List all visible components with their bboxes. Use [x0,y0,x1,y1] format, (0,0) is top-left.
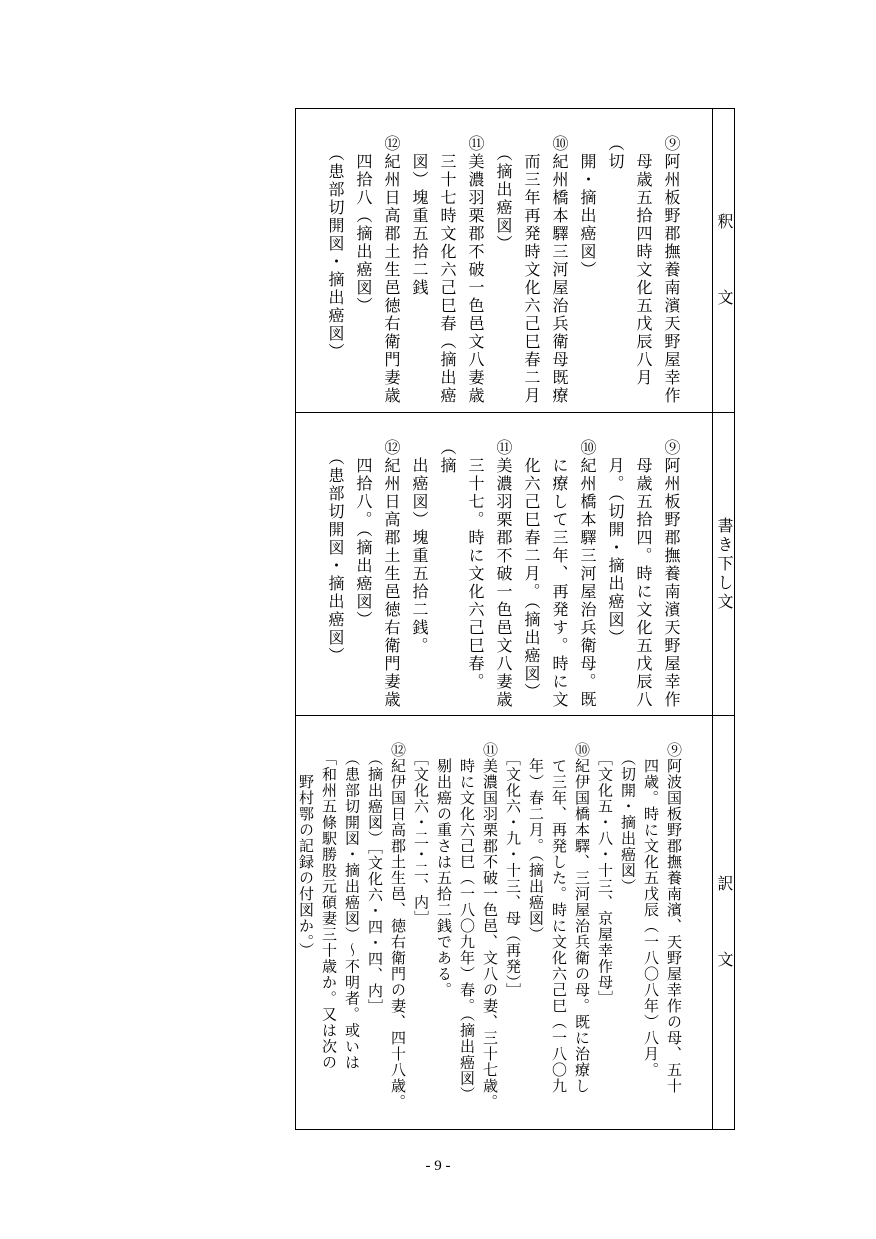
text-column: ⑩紀州橋本驛三河屋治兵衛母。既 [572,439,600,709]
kakikudashibun-label: 書き下し文 [712,517,734,612]
text-column: 年）春二月。（摘出癌図） [523,742,546,1123]
text-column: 四拾八（摘出癌図） [348,135,376,406]
text-column: 野村鄂の記録の付図か。） [296,742,316,1123]
text-column: ⑪美濃羽栗郡不破一色邑文八妻歳 [460,135,488,406]
text-column: 時に文化六己巳（一八〇九年）春。（摘出癌図） [454,742,477,1123]
text-column: 母歳五拾四時文化五戊辰八月（切 [600,135,656,406]
text-column: ⑪美濃国羽栗郡不破一色邑、文八の妻、三十七歳。 [477,742,500,1123]
yakubun-text-block: ⑨阿波国板野郡撫養南濱、天野屋幸作の母、五十 四歳。時に文化五戊辰（一八〇八年）… [296,716,712,1129]
text-column: 化六己巳春二月。（摘出癌図） [516,439,544,709]
kakikudashibun-text-block: ⑨阿州板野郡撫養南濱天野屋幸作 母歳五拾四。時に文化五戊辰八 月。（切開・摘出癌… [296,413,712,715]
text-column: （切開・摘出癌図） [615,742,638,1123]
text-column: 出癌図）塊重五拾二銭。 [404,439,432,709]
text-column: 三十七。時に文化六己巳春。（摘 [432,439,488,709]
kakikudashibun-label-column: 書き下し文 [712,413,734,715]
shakubun-label-column: 釈 文 [712,109,734,412]
document-table: ⑨阿州板野郡撫養南濱天野屋幸作 母歳五拾四時文化五戊辰八月（切 開・摘出癌図）⑩… [295,108,735,1130]
text-column: ⑨阿州板野郡撫養南濱天野屋幸作 [656,135,684,406]
text-column: （患部切開図・摘出癌図） [320,439,348,709]
text-column: 開・摘出癌図） [572,135,600,406]
section-kakikudashibun: ⑨阿州板野郡撫養南濱天野屋幸作 母歳五拾四。時に文化五戊辰八 月。（切開・摘出癌… [296,412,734,715]
text-column: ［文化五・八・十三、京屋幸作母］ [592,742,615,1123]
text-column: ⑫紀伊国日高郡土生邑、徳右衛門の妻、四十八歳。 [385,742,408,1123]
section-shakubun: ⑨阿州板野郡撫養南濱天野屋幸作 母歳五拾四時文化五戊辰八月（切 開・摘出癌図）⑩… [296,109,734,412]
yakubun-label: 訳 文 [712,875,734,970]
text-column: ⑨阿州板野郡撫養南濱天野屋幸作 [656,439,684,709]
page-number: - 9 - [0,1158,876,1175]
text-column: 月。（切開・摘出癌図） [600,439,628,709]
text-column: ⑪美濃羽栗郡不破一色邑文八妻歳 [488,439,516,709]
text-column: ⑨阿波国板野郡撫養南濱、天野屋幸作の母、五十 [661,742,684,1123]
text-column: 四拾八。（摘出癌図） [348,439,376,709]
text-column: 而三年再発時文化六己巳春二月 [516,135,544,406]
text-column: 母歳五拾四。時に文化五戊辰八 [628,439,656,709]
text-column: （摘出癌図） [488,135,516,406]
text-column: ⑩紀伊国橋本驛、三河屋治兵衛の母。既に治療し [569,742,592,1123]
document-page: ⑨阿州板野郡撫養南濱天野屋幸作 母歳五拾四時文化五戊辰八月（切 開・摘出癌図）⑩… [0,0,876,1239]
text-column: ［文化六・二・二、内］ [408,742,431,1123]
text-column: （摘出癌図）［文化六・四・四、内］ [362,742,385,1123]
text-column: 四歳。時に文化五戊辰（一八〇八年）八月。 [638,742,661,1123]
text-column: ⑩紀州橋本驛三河屋治兵衛母既療 [544,135,572,406]
text-column: 図）塊重五拾二銭 [404,135,432,406]
yakubun-label-column: 訳 文 [712,716,734,1129]
shakubun-label: 釈 文 [712,213,734,308]
shakubun-text-block: ⑨阿州板野郡撫養南濱天野屋幸作 母歳五拾四時文化五戊辰八月（切 開・摘出癌図）⑩… [296,109,712,412]
text-column: （患部切開図・摘出癌図） [320,135,348,406]
text-column: に療して三年、再発す。時に文 [544,439,572,709]
text-column: ⑫紀州日高郡土生邑徳右衛門妻歳 [376,135,404,406]
section-yakubun: ⑨阿波国板野郡撫養南濱、天野屋幸作の母、五十 四歳。時に文化五戊辰（一八〇八年）… [296,715,734,1129]
text-column: ⑫紀州日高郡土生邑徳右衛門妻歳 [376,439,404,709]
text-column: 「和州五條駅勝股元碩妻三十歳か。又は次の [316,742,339,1123]
text-column: 三十七時文化六己巳春（摘出癌 [432,135,460,406]
text-column: ［文化六・九・十三、母（再発）］ [500,742,523,1123]
text-column: （患部切開図・摘出癌図）〜不明者。或いは [339,742,362,1123]
text-column: て三年、再発した。時に文化六己巳（一八〇九 [546,742,569,1123]
text-column: 剔出癌の重さは五拾二銭である。 [431,742,454,1123]
